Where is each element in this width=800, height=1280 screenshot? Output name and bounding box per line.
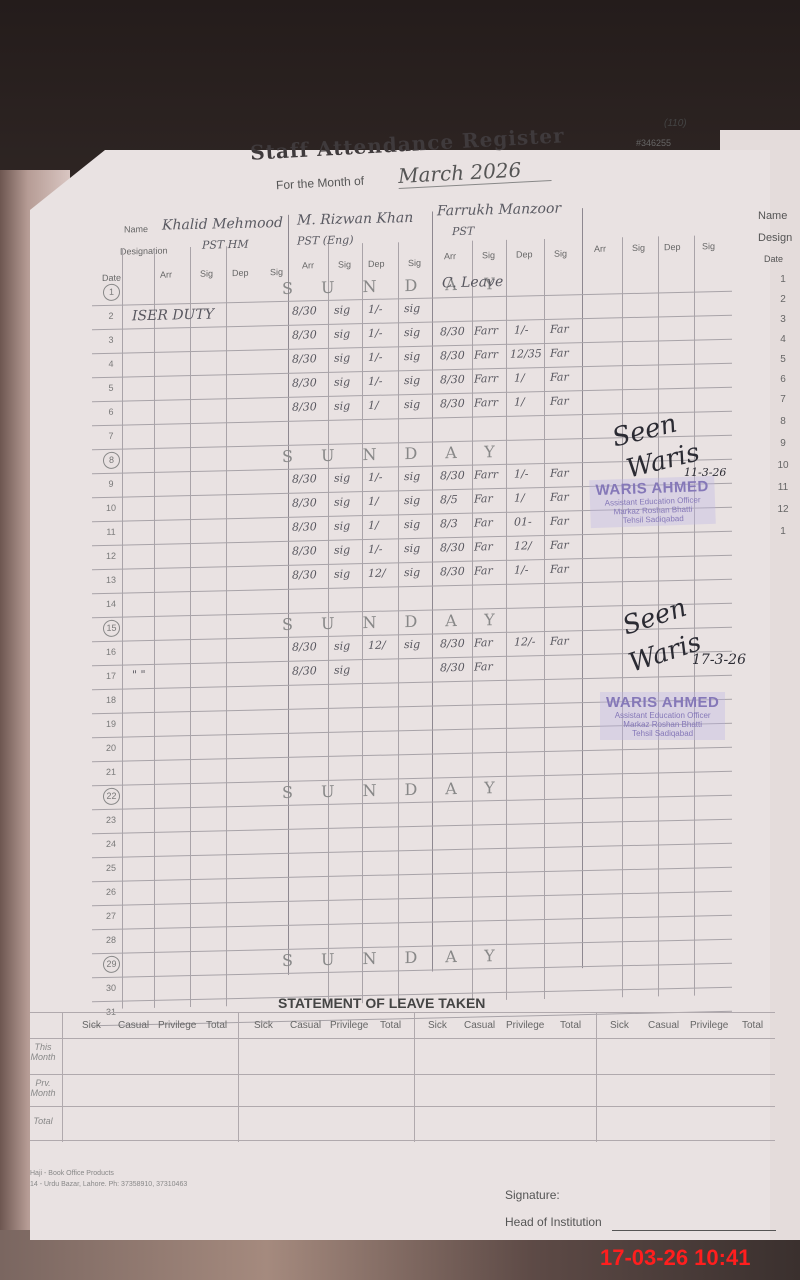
sig-header: Sig bbox=[338, 259, 351, 269]
staff-2-name: M. Rizwan Khan bbox=[297, 210, 413, 229]
leave-statement-table: Sick Casual Privilege Total Sick Casual … bbox=[30, 1012, 775, 1142]
next-page-date-label: Date bbox=[764, 254, 783, 264]
dep-header: Dep bbox=[516, 249, 533, 259]
arr-header: Arr bbox=[160, 269, 172, 279]
page-number: (110) bbox=[664, 118, 687, 129]
staff-3-designation: PST bbox=[452, 225, 474, 239]
sunday-marker: SUNDAY bbox=[282, 777, 523, 801]
seen-date-2: 17-3-26 bbox=[692, 652, 746, 668]
attendance-grid: Name Designation Khalid Mehmood PST HM M… bbox=[92, 205, 732, 1000]
staff-1-name: Khalid Mehmood bbox=[162, 215, 283, 234]
sunday-marker: SUNDAY bbox=[282, 441, 523, 465]
arr-header: Arr bbox=[594, 244, 606, 254]
officer-stamp-2: WARIS AHMED Assistant Education Officer … bbox=[600, 692, 725, 740]
publisher-info: Haji - Book Office Products 14 - Urdu Ba… bbox=[30, 1168, 187, 1190]
duty-note: ISER DUTY bbox=[132, 306, 214, 324]
name-label: Name bbox=[124, 224, 148, 235]
sig-header: Sig bbox=[482, 250, 495, 260]
arr-header: Arr bbox=[302, 260, 314, 270]
sig-header: Sig bbox=[200, 269, 213, 279]
dep-header: Dep bbox=[232, 268, 249, 278]
officer-stamp-1: WARIS AHMED Assistant Education Officer … bbox=[589, 476, 716, 528]
sig-header: Sig bbox=[632, 243, 645, 253]
sig-header: Sig bbox=[702, 241, 715, 251]
sig-header: Sig bbox=[408, 258, 421, 268]
head-of-institution-label: Head of Institution bbox=[505, 1215, 602, 1229]
staff-2-designation: PST (Eng) bbox=[297, 233, 354, 247]
leave-note: C. Leave bbox=[442, 274, 503, 291]
sunday-marker: SUNDAY bbox=[282, 609, 523, 633]
arr-header: Arr bbox=[444, 251, 456, 261]
sig-header: Sig bbox=[270, 267, 283, 277]
signature-label: Signature: bbox=[505, 1188, 560, 1202]
row-label-this-month: This Month bbox=[30, 1042, 56, 1062]
dep-header: Dep bbox=[368, 259, 385, 269]
designation-label: Designation bbox=[120, 246, 168, 257]
camera-timestamp: 17-03-26 10:41 bbox=[600, 1245, 750, 1271]
serial-number: #346255 bbox=[636, 138, 671, 148]
statement-title: STATEMENT OF LEAVE TAKEN bbox=[278, 995, 485, 1011]
next-page-name-label: Name bbox=[758, 210, 787, 222]
sunday-marker: SUNDAY bbox=[282, 945, 523, 969]
dep-header: Dep bbox=[664, 242, 681, 252]
staff-3-name: Farrukh Manzoor bbox=[437, 201, 561, 220]
row-label-prv-month: Prv. Month bbox=[30, 1078, 56, 1098]
row-label-total: Total bbox=[30, 1116, 56, 1126]
sig-header: Sig bbox=[554, 248, 567, 258]
signature-line bbox=[612, 1230, 776, 1231]
next-page-designation-label: Design bbox=[758, 232, 792, 244]
